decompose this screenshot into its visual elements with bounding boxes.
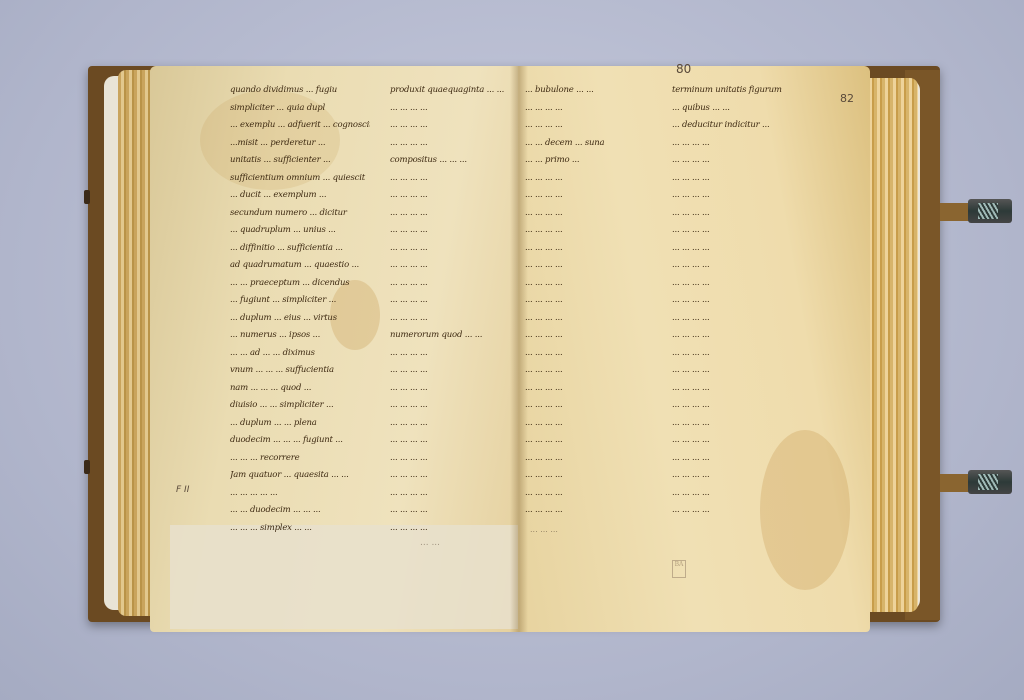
- manuscript-line: ... ... ... ...: [525, 117, 650, 135]
- page-number-corner: 82: [840, 92, 854, 105]
- manuscript-line: ... ... ... ...: [390, 502, 510, 520]
- manuscript-line: ... ... ... ...: [672, 187, 802, 205]
- manuscript-line: ... ... ... ...: [525, 432, 650, 450]
- manuscript-line: ... ... ... ...: [525, 380, 650, 398]
- manuscript-line: ... ... ... ...: [390, 187, 510, 205]
- manuscript-line: ... ... ... ...: [525, 502, 650, 520]
- manuscript-line: ... ... ... ...: [672, 292, 802, 310]
- manuscript-line: ... ... ... ...: [525, 415, 650, 433]
- manuscript-line: simpliciter ... quia dupl: [230, 100, 370, 118]
- manuscript-line: ... ... ... ...: [672, 502, 802, 520]
- manuscript-line: ... ... ... ...: [525, 100, 650, 118]
- manuscript-line: ... ... ... ...: [525, 205, 650, 223]
- manuscript-line: Jam quatuor ... quaesita ... ...: [230, 467, 370, 485]
- manuscript-line: ... ... ... ...: [390, 275, 510, 293]
- manuscript-line: ... ... ... simplex ... ...: [230, 520, 370, 533]
- manuscript-line: ... ... ... ...: [390, 117, 510, 135]
- manuscript-line: diuisio ... ... simpliciter ...: [230, 397, 370, 415]
- manuscript-line: ... ... ... ...: [672, 135, 802, 153]
- manuscript-line: ... ... ... ...: [390, 450, 510, 468]
- manuscript-line: ... ... ... ...: [672, 520, 802, 523]
- left-page-lower-leaf: [170, 525, 518, 629]
- manuscript-line: ... ... ad ... ... diximus: [230, 345, 370, 363]
- manuscript-line: terminum unitatis figurum: [672, 82, 802, 100]
- right-page-column-1: ... bubulone ... ...... ... ... ...... .…: [525, 82, 650, 522]
- manuscript-line: ... ... ... ...: [525, 292, 650, 310]
- manuscript-line: numerorum quod ... ...: [390, 327, 510, 345]
- manuscript-line: ... ... ... ...: [672, 205, 802, 223]
- left-pin-lower: [84, 460, 90, 474]
- manuscript-line: ... ... ... ...: [672, 432, 802, 450]
- manuscript-line: ... ... ... ...: [390, 380, 510, 398]
- manuscript-line: ... ... ... ...: [672, 275, 802, 293]
- manuscript-line: ... ... ... ...: [672, 415, 802, 433]
- manuscript-line: ... ... ... ...: [390, 205, 510, 223]
- manuscript-line: quando dividimus ... fugiu: [230, 82, 370, 100]
- manuscript-line: produxit quaequaginta ... ...: [390, 82, 510, 100]
- left-page-column-2: produxit quaequaginta ... ...... ... ...…: [390, 82, 510, 532]
- manuscript-line: ... ... ... ...: [390, 415, 510, 433]
- manuscript-line: ... ... ... ...: [672, 240, 802, 258]
- right-page-column-2: terminum unitatis figurum... quibus ... …: [672, 82, 802, 522]
- lower-note: ... ...: [420, 538, 440, 548]
- manuscript-line: ... ... ... ...: [672, 345, 802, 363]
- manuscript-line: duodecim ... ... ... fugiunt ...: [230, 432, 370, 450]
- manuscript-line: ... ... ... ...: [390, 485, 510, 503]
- manuscript-line: ... ... ... ...: [525, 222, 650, 240]
- upper-clasp: [940, 195, 1010, 227]
- manuscript-line: ... ... ... ...: [390, 397, 510, 415]
- library-stamp: BA: [672, 560, 686, 578]
- manuscript-line: ... ... ... ...: [525, 187, 650, 205]
- manuscript-line: ... ... ... ...: [672, 222, 802, 240]
- manuscript-line: ... ... ... ...: [672, 450, 802, 468]
- manuscript-line: ... ... primo ...: [525, 152, 650, 170]
- manuscript-line: ... ... ... ...: [390, 520, 510, 533]
- manuscript-line: ... ... ... ...: [672, 152, 802, 170]
- manuscript-line: ... ... ... ...: [525, 327, 650, 345]
- manuscript-line: ... ducit ... exemplum ...: [230, 187, 370, 205]
- manuscript-line: ... ... ... ...: [672, 397, 802, 415]
- manuscript-line: unitatis ... sufficienter ...: [230, 152, 370, 170]
- manuscript-line: vnum ... ... ... suffucientia: [230, 362, 370, 380]
- manuscript-line: compositus ... ... ...: [390, 152, 510, 170]
- manuscript-line: ... ... ... ...: [390, 135, 510, 153]
- manuscript-line: ... duplum ... ... plena: [230, 415, 370, 433]
- manuscript-line: ... ... ... ...: [390, 362, 510, 380]
- manuscript-line: ... numerus ... ipsos ...: [230, 327, 370, 345]
- manuscript-line: ... ... ... ...: [525, 240, 650, 258]
- manuscript-line: ... ... ... ...: [525, 310, 650, 328]
- manuscript-line: nam ... ... ... quod ...: [230, 380, 370, 398]
- manuscript-line: ... ... ... ...: [672, 170, 802, 188]
- manuscript-line: ... deducitur indicitur ...: [672, 117, 802, 135]
- manuscript-line: ... ... ... ...: [390, 257, 510, 275]
- manuscript-line: ... ... ... ...: [525, 257, 650, 275]
- manuscript-line: ... fugiunt ... simpliciter ...: [230, 292, 370, 310]
- manuscript-line: ... ... ... recorrere: [230, 450, 370, 468]
- manuscript-line: ... ... ... ...: [390, 170, 510, 188]
- manuscript-line: ... ... praeceptum ... dicendus: [230, 275, 370, 293]
- manuscript-line: ... ... ... ...: [390, 310, 510, 328]
- footer-note: ... ... ...: [530, 525, 558, 534]
- manuscript-line: ... ... ... ...: [525, 467, 650, 485]
- manuscript-line: sufficientium omnium ... quiescit: [230, 170, 370, 188]
- manuscript-line: ... ... ... ...: [525, 397, 650, 415]
- manuscript-line: ... ... ... ...: [672, 485, 802, 503]
- manuscript-line: ... ... ... ...: [672, 257, 802, 275]
- manuscript-line: ... ... ... ... ...: [230, 485, 370, 503]
- manuscript-line: ... ... ... ...: [672, 310, 802, 328]
- manuscript-line: ... ... duodecim ... ... ...: [230, 502, 370, 520]
- manuscript-line: secundum numero ... dicitur: [230, 205, 370, 223]
- manuscript-line: ... exemplu ... adfuerit ... cognoscitur: [230, 117, 370, 135]
- page-number-top: 80: [676, 62, 691, 76]
- left-page-column-1: quando dividimus ... fugiusimpliciter ..…: [230, 82, 370, 532]
- manuscript-line: ... ... ... ...: [672, 467, 802, 485]
- manuscript-line: ... bubulone ... ...: [525, 82, 650, 100]
- manuscript-line: ... ... decem ... suna: [525, 135, 650, 153]
- manuscript-line: ad quadrumatum ... quaestio ...: [230, 257, 370, 275]
- manuscript-line: ... ... ... ...: [672, 327, 802, 345]
- manuscript-line: ... ... ... ...: [525, 345, 650, 363]
- manuscript-line: ... diffinitio ... sufficientia ...: [230, 240, 370, 258]
- manuscript-line: ...misit ... perderetur ...: [230, 135, 370, 153]
- manuscript-line: ... quibus ... ...: [672, 100, 802, 118]
- left-pin-upper: [84, 190, 90, 204]
- manuscript-line: ... ... ... ...: [672, 362, 802, 380]
- manuscript-line: ... ... ... ...: [525, 275, 650, 293]
- manuscript-line: ... ... ... ...: [390, 345, 510, 363]
- marginal-note: F II: [176, 485, 189, 495]
- manuscript-line: ... ... ... ...: [390, 222, 510, 240]
- manuscript-line: ... ... ... ...: [525, 520, 650, 523]
- manuscript-line: ... quadruplum ... unius ...: [230, 222, 370, 240]
- lower-clasp: [940, 466, 1010, 498]
- manuscript-line: ... ... ... ...: [525, 170, 650, 188]
- manuscript-line: ... ... ... ...: [672, 380, 802, 398]
- manuscript-line: ... ... ... ...: [390, 100, 510, 118]
- manuscript-line: ... ... ... ...: [390, 240, 510, 258]
- manuscript-line: ... ... ... ...: [525, 485, 650, 503]
- manuscript-line: ... ... ... ...: [390, 432, 510, 450]
- manuscript-line: ... ... ... ...: [390, 467, 510, 485]
- manuscript-line: ... ... ... ...: [525, 362, 650, 380]
- manuscript-line: ... ... ... ...: [525, 450, 650, 468]
- manuscript-line: ... duplum ... eius ... virtus: [230, 310, 370, 328]
- manuscript-line: ... ... ... ...: [390, 292, 510, 310]
